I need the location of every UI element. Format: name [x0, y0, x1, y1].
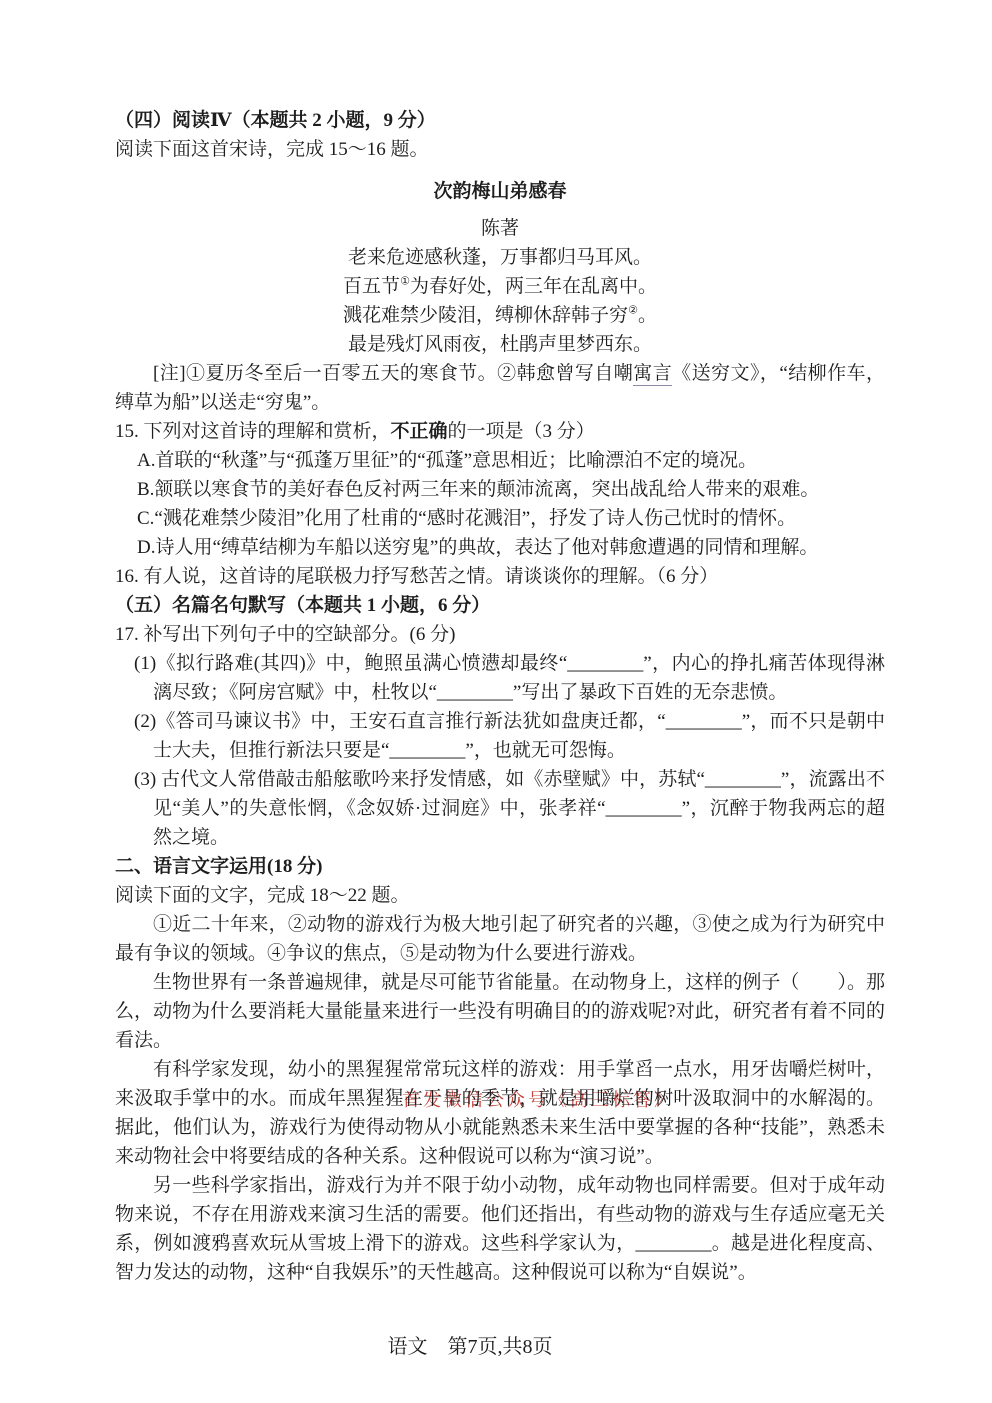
poem-note: [注]①夏历冬至后一百零五天的寒食节。②韩愈曾写自嘲寓言《送穷文》，“结柳作车，…: [115, 359, 885, 417]
question15-option-d: D.诗人用“缚草结柳为车船以送穷鬼”的典故，表达了他对韩愈遭遇的同情和理解。: [137, 533, 885, 562]
footnote-marker-2: ②: [628, 305, 638, 317]
question15-stem: 15. 下列对这首诗的理解和赏析，不正确的一项是（3 分）: [115, 417, 885, 446]
passage-paragraph-4: 另一些科学家指出，游戏行为并不限于幼小动物，成年动物也同样需要。但对于成年动物来…: [115, 1171, 885, 1287]
passage-paragraph-1: ①近二十年来，②动物的游戏行为极大地引起了研究者的兴趣，③使之成为行为研究中最有…: [115, 910, 885, 968]
poem-author: 陈著: [115, 214, 885, 243]
question15-option-b: B.颔联以寒食节的美好春色反衬两三年来的颠沛流离，突出战乱给人带来的艰难。: [137, 475, 885, 504]
passage-paragraph-2: 生物世界有一条普遍规律，就是尽可能节省能量。在动物身上，这样的例子（ ）。那么，…: [115, 968, 885, 1055]
poem-title: 次韵梅山弟感春: [115, 177, 885, 206]
poem-line-3-text-cont: 。: [638, 305, 657, 326]
poem-line-3-text: 溅花难禁少陵泪，缚柳休辞韩子穷: [343, 305, 628, 326]
page-footer: 语文 第7页,共8页: [0, 1330, 940, 1359]
question15-option-c: C.“溅花难禁少陵泪”化用了杜甫的“感时花溅泪”，抒发了诗人伤己忧时的情怀。: [137, 504, 885, 533]
question16-stem: 16. 有人说，这首诗的尾联极力抒写愁苦之情。请谈谈你的理解。（6 分）: [115, 562, 885, 591]
poem-line-2: 百五节①为春好处，两三年在乱离中。: [115, 272, 885, 301]
section4-heading: （四）阅读Ⅳ（本题共 2 小题，9 分）: [115, 106, 885, 135]
poem-line-1: 老来危迹感秋蓬，万事都归马耳风。: [115, 243, 885, 272]
question15-stem-text: 15. 下列对这首诗的理解和赏析，: [115, 421, 391, 442]
poem-note-text: [注]①夏历冬至后一百零五天的寒食节。②韩愈曾写自嘲: [153, 363, 633, 384]
section5-heading: （五）名篇名句默写（本题共 1 小题，6 分）: [115, 591, 885, 620]
question15-emphasis: 不正确: [391, 421, 448, 442]
question15-stem-text-cont: 的一项是（3 分）: [448, 421, 595, 442]
passage-paragraph-3: 有科学家发现，幼小的黑猩猩常常玩这样的游戏：用手掌舀一点水，用牙齿嚼烂树叶，来汲…: [115, 1055, 885, 1171]
question17-item-1: (1)《拟行路难(其四)》中，鲍照虽满心愤懑却最终“________”，内心的挣…: [115, 649, 885, 707]
page-content: （四）阅读Ⅳ（本题共 2 小题，9 分） 阅读下面这首宋诗，完成 15～16 题…: [115, 106, 885, 1287]
language-use-heading: 二、语言文字运用(18 分): [115, 852, 885, 881]
poem-line-2-text-cont: 为春好处，两三年在乱离中。: [410, 276, 657, 297]
section4-intro: 阅读下面这首宋诗，完成 15～16 题。: [115, 135, 885, 164]
poem-line-3: 溅花难禁少陵泪，缚柳休辞韩子穷②。: [115, 301, 885, 330]
footnote-marker-1: ①: [400, 276, 410, 288]
question17-stem: 17. 补写出下列句子中的空缺部分。(6 分): [115, 620, 885, 649]
poem-block: 次韵梅山弟感春 陈著 老来危迹感秋蓬，万事都归马耳风。 百五节①为春好处，两三年…: [115, 177, 885, 359]
language-use-intro: 阅读下面的文字，完成 18～22 题。: [115, 881, 885, 910]
question17-item-2: (2)《答司马谏议书》中，王安石直言推行新法犹如盘庚迁都，“________”，…: [115, 707, 885, 765]
underlined-word: 寓言: [633, 363, 672, 386]
poem-line-2-text: 百五节: [343, 276, 400, 297]
poem-line-4: 最是残灯风雨夜，杜鹃声里梦西东。: [115, 330, 885, 359]
exam-paper-page: 首发微信公众号《高三标答》 （四）阅读Ⅳ（本题共 2 小题，9 分） 阅读下面这…: [0, 0, 992, 1403]
question17-item-3: (3) 古代文人常借敲击船舷歌吟来抒发情感，如《赤壁赋》中，苏轼“_______…: [115, 765, 885, 852]
question15-option-a: A.首联的“秋蓬”与“孤蓬万里征”的“孤蓬”意思相近；比喻漂泊不定的境况。: [137, 446, 885, 475]
